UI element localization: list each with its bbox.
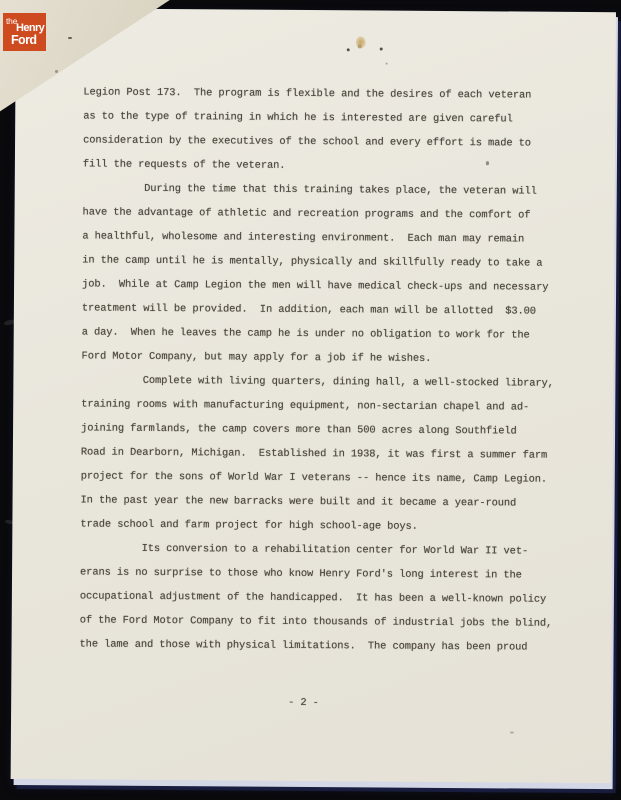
typewritten-body-text: Legion Post 173. The program is flexible… [79,80,555,659]
paper-speck [386,63,388,65]
document-page: Legion Post 173. The program is flexible… [11,8,616,783]
paper-speck [55,70,58,73]
page-number: - 2 - [288,691,319,715]
paper-speck [510,731,514,733]
logo-word-ford: Ford [11,34,36,47]
paper-speck [358,44,362,48]
scan-background: Legion Post 173. The program is flexible… [0,0,621,800]
henry-ford-logo: the Henry Ford [3,13,46,51]
paper-speck [347,48,350,51]
paper-speck [68,37,72,39]
paper-speck [380,48,383,51]
